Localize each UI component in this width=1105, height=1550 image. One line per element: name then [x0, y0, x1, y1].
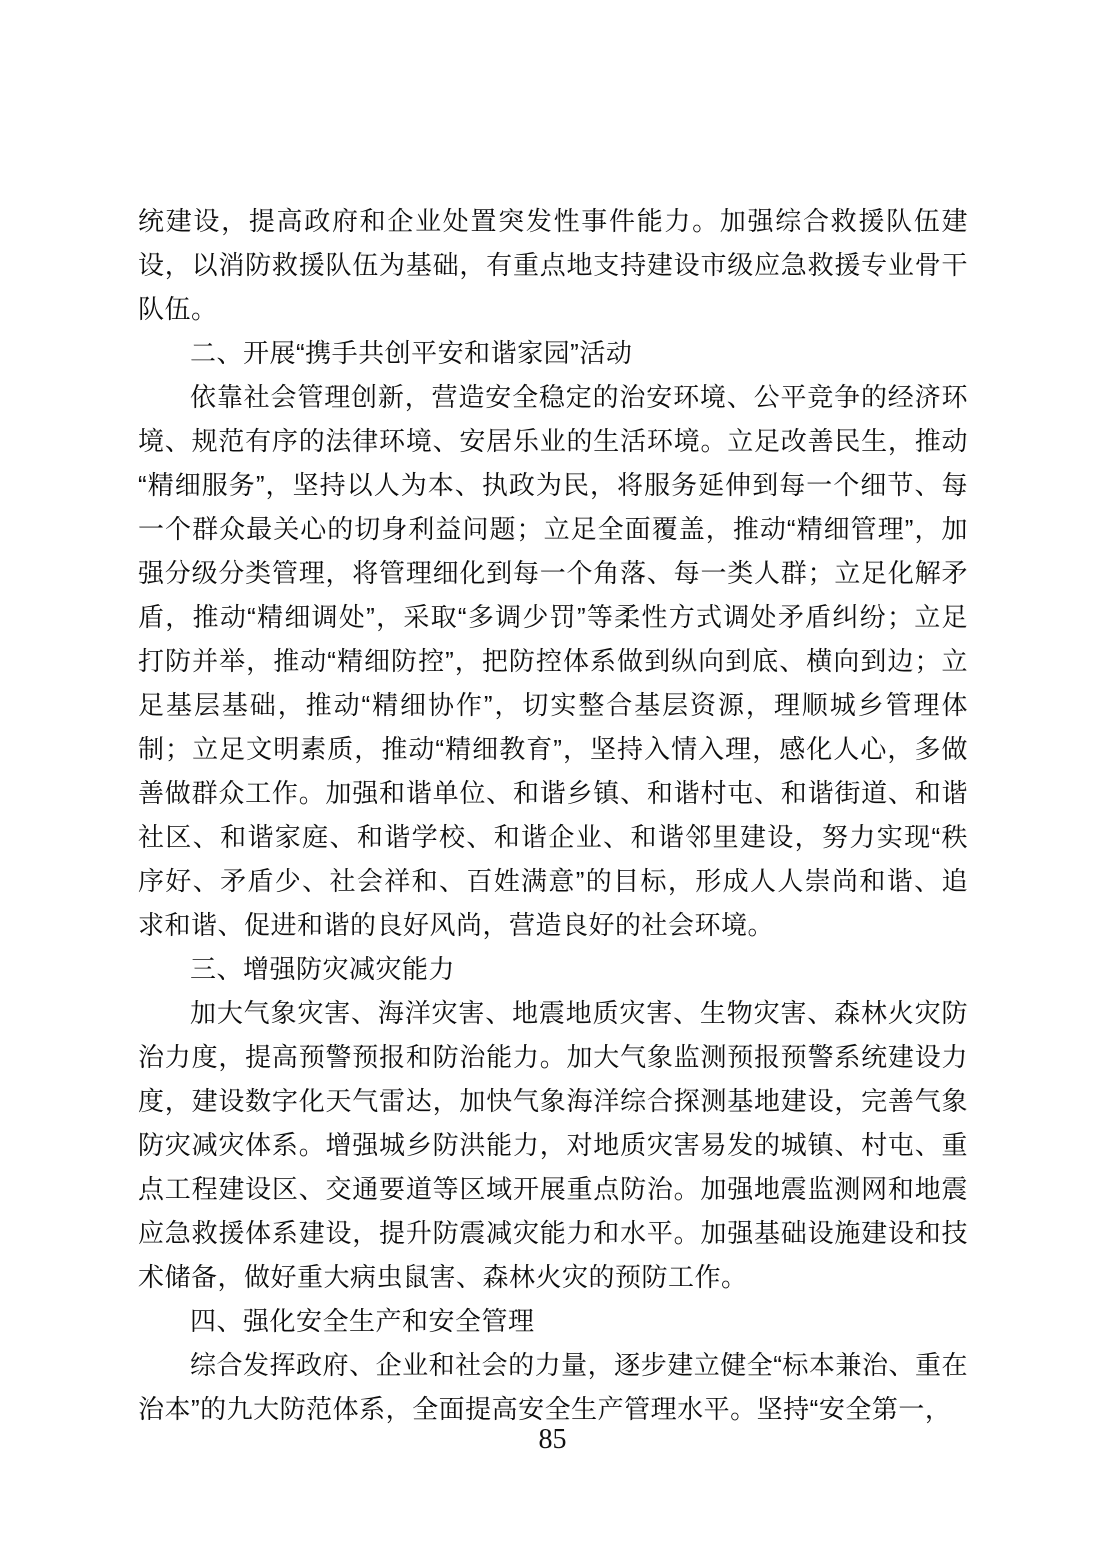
- document-content: 统建设，提高政府和企业处置突发性事件能力。加强综合救援队伍建设，以消防救援队伍为…: [138, 199, 968, 1431]
- body-paragraph: 综合发挥政府、企业和社会的力量，逐步建立健全“标本兼治、重在治本”的九大防范体系…: [138, 1343, 968, 1431]
- document-page: 统建设，提高政府和企业处置突发性事件能力。加强综合救援队伍建设，以消防救援队伍为…: [0, 0, 1105, 1550]
- page-footer: 85: [0, 1420, 1105, 1460]
- section-heading: 四、强化安全生产和安全管理: [138, 1299, 968, 1343]
- body-paragraph: 统建设，提高政府和企业处置突发性事件能力。加强综合救援队伍建设，以消防救援队伍为…: [138, 199, 968, 331]
- section-heading: 三、增强防灾减灾能力: [138, 947, 968, 991]
- body-paragraph: 加大气象灾害、海洋灾害、地震地质灾害、生物灾害、森林火灾防治力度，提高预警预报和…: [138, 991, 968, 1299]
- page-number: 85: [539, 1424, 567, 1455]
- body-paragraph: 依靠社会管理创新，营造安全稳定的治安环境、公平竞争的经济环境、规范有序的法律环境…: [138, 375, 968, 947]
- section-heading: 二、开展“携手共创平安和谐家园”活动: [138, 331, 968, 375]
